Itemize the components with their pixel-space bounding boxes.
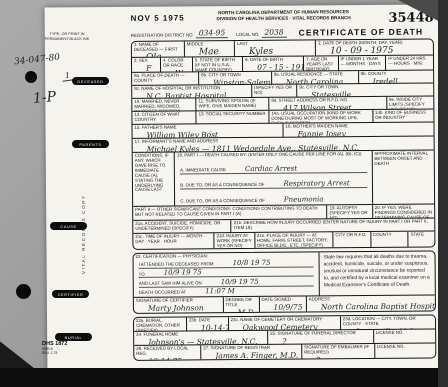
- certification-physician-line-2-value: 10/9 19 75: [207, 278, 259, 286]
- social-security-number-label: 13. SOCIAL SECURITY NUMBER: [199, 112, 267, 117]
- hole-punch-dot-top: [25, 71, 37, 83]
- mothers-maiden-name: 16. MOTHER'S MAIDEN NAMEFannie Josey: [282, 123, 433, 138]
- street-address: 9d. STREET ADDRESS OR R.F.D. NO.417 Wils…: [268, 97, 386, 111]
- header-bottom-row: REGISTRATION DISTRICT NO. 034-95 LOCAL N…: [131, 27, 434, 39]
- cause-side-note-label: CONDITIONS, IF ANY, WHICH GAVE RISE TO I…: [135, 154, 173, 194]
- form-row: 26. RECEIVED BY LOCAL REG.10-14-7527. SI…: [134, 344, 435, 360]
- tab-parents: PARENTS: [72, 140, 109, 148]
- part-one-death-caused-by: 18. PART I — DEATH CAUSED BY: (ENTER ONL…: [174, 151, 372, 207]
- approximate-interval: APPROXIMATE INTERVAL BETWEEN ONSET AND D…: [371, 151, 434, 205]
- certification-physician: 22. CERTIFICATION — PHYSICIAN:I ATTENDED…: [134, 252, 319, 297]
- part-one-death-caused-by-line-0-label: A. IMMEDIATE CAUSE: [180, 168, 226, 173]
- color-or-race-label: 4. COLOR OR RACE: [163, 58, 190, 68]
- signature-of-embalmer: SIGNATURE OF EMBALMER (IF REQUIRED)?: [301, 344, 374, 359]
- marital-status-label: 10. MARRIED, NEVER MARRIED, WIDOWED, DIV…: [134, 99, 193, 111]
- hospital-or-institution: 8c. NAME OF HOSPITAL OR INSTITUTIONN.C. …: [132, 85, 251, 99]
- part-one-death-caused-by-line-1-label: B. DUE TO, OR AS A CONSEQUENCE OF: [180, 183, 264, 189]
- form-section-2: 23a. BURIAL, CREMATION, OTHER (SPECIFY)B…: [133, 314, 436, 360]
- embalmer-license-no: LICENSE NO.: [374, 344, 436, 358]
- form-row: 21c. TIME OF INJURY — MONTH · DAY · YEAR…: [133, 232, 434, 249]
- certification-physician-line-1-value: 10/9 19 75: [150, 269, 202, 277]
- residence-county: 9b. COUNTYIredell: [358, 71, 434, 85]
- signature-of-embalmer-label: SIGNATURE OF EMBALMER (IF REQUIRED): [304, 345, 372, 355]
- tab-cause: CAUSE: [50, 222, 87, 230]
- hospital-yes-no-label: (SPECIFY YES OR NO): [254, 86, 294, 96]
- form-row: SIGNATURE OF CERTIFIERMarty JohnsonDEGRE…: [134, 296, 435, 313]
- accident-suicide-homicide: 21a. ACCIDENT, SUICIDE, HOMICIDE, OR UND…: [133, 220, 231, 234]
- age-under-1-year-label: IF UNDER 1 YEAR — MONTHS · DAYS: [341, 57, 384, 67]
- social-security-number: 13. SOCIAL SECURITY NUMBER: [196, 111, 269, 125]
- part-one-death-caused-by-line-2-value: Pneumonia: [270, 195, 324, 203]
- certificate-field-grid: 1. NAME OF DECEASED — FIRSTOlaMIDDLEMaeL…: [131, 39, 437, 364]
- tab-deceased: DECEASED: [72, 77, 109, 85]
- usual-occupation: 14a. USUAL OCCUPATION (KIND OF WORK DONE…: [268, 110, 372, 124]
- burial-cremation-other: 23a. BURIAL, CREMATION, OTHER (SPECIFY)B…: [134, 317, 186, 331]
- department-line2: DIVISION OF HEALTH SERVICES · VITAL RECO…: [185, 15, 383, 23]
- margin-mark-one-p: 1-P: [32, 89, 56, 107]
- deceased-middle-name-value: Mae: [187, 47, 232, 57]
- certification-physician-line-0-label: I ATTENDED THE DECEASED FROM: [139, 263, 214, 269]
- age-last-birthday-label: 7. AGE (IN YEARS LAST BIRTHDAY): [306, 57, 335, 71]
- form-row: 22. CERTIFICATION — PHYSICIAN:I ATTENDED…: [134, 252, 435, 298]
- form-section-1: 22. CERTIFICATION — PHYSICIAN:I ATTENDED…: [132, 250, 435, 313]
- burial-date: 23b. DATE10-14-75: [186, 317, 228, 331]
- form-section-0: 1. NAME OF DECEASED — FIRSTOlaMIDDLEMaeL…: [131, 39, 436, 250]
- part-one-death-caused-by-line-0: A. IMMEDIATE CAUSECardiac Arrest: [180, 157, 366, 174]
- citizen-of-country: 12. CITIZEN OF WHAT COUNTRYU.S.: [132, 111, 195, 124]
- injury-county-label: COUNTY: [373, 233, 406, 238]
- business-or-industry-label: 14b. KIND OF BUSINESS OR INDUSTRY: [375, 111, 431, 121]
- certification-physician-line-0-value: 10/8 19 75: [219, 259, 271, 267]
- certification-physician-line-3: DEATH OCCURRED AT11:07 M: [139, 286, 314, 296]
- medical-examiner-note: State law requires that all deaths due t…: [319, 252, 435, 297]
- embalmer-license-no-label: LICENSE NO.: [377, 345, 433, 350]
- fathers-name: 15. FATHER'S NAMEWilliam Wiley Bost: [132, 124, 282, 139]
- funeral-director-license-no: LICENSE NO.: [373, 330, 436, 344]
- funeral-director-license-no-label: LICENSE NO.: [376, 331, 433, 336]
- certificate-title: CERTIFICATE OF DEATH: [299, 27, 424, 38]
- autopsy-findings-considered-label: 20. IF YES, WERE FINDINGS CONSIDERED IN …: [375, 206, 433, 219]
- business-or-industry: 14b. KIND OF BUSINESS OR INDUSTRY: [372, 110, 434, 123]
- age-under-24-hours-label: IF UNDER 24 HRS — HOURS · MIN.: [388, 57, 431, 67]
- deceased-last-name-value: Kyles: [237, 46, 313, 57]
- age-under-24-hours: IF UNDER 24 HRS — HOURS · MIN.: [385, 56, 433, 71]
- signature-of-embalmer-value: ?: [304, 355, 372, 359]
- social-security-number-value: [199, 121, 267, 122]
- funeral-home: 24. FUNERAL HOMEJohnson's — Statesville,…: [134, 331, 267, 346]
- burial-cremation-other-label: 23a. BURIAL, CREMATION, OTHER (SPECIFY): [136, 318, 184, 331]
- part-one-death-caused-by-line-1: B. DUE TO, OR AS A CONSEQUENCE OFRespira…: [180, 173, 366, 190]
- cemetery-or-crematory: 23c. NAME OF CEMETERY OR CREMATORYOakwoo…: [228, 316, 340, 331]
- part-one-death-caused-by-line-1-value: Respiratory Arrest: [270, 179, 350, 188]
- received-by-local-registrar: 26. RECEIVED BY LOCAL REG.10-14-75: [134, 345, 200, 360]
- signature-of-registrar-value: James A. Finger, M.D.: [203, 350, 299, 359]
- scan-edge-right: [438, 0, 448, 387]
- certifier-address: ADDRESSNorth Carolina Baptist Hospital: [306, 296, 435, 312]
- state-of-birth-label: 5. STATE OF BIRTH (IF NOT IN U.S.A., NAM…: [195, 58, 241, 72]
- date-of-birth: 6. DATE OF BIRTH07 - 15 - 1917: [242, 57, 303, 72]
- part-two-other-conditions: PART II — OTHER SIGNIFICANT CONDITIONS: …: [133, 205, 327, 221]
- marital-status: 10. MARRIED, NEVER MARRIED, WIDOWED, DIV…: [132, 98, 195, 111]
- residence-state: 9a. USUAL RESIDENCE — STATENorth Carolin…: [271, 71, 358, 85]
- tab-certifier: CERTIFIER: [52, 290, 89, 298]
- death-certificate-paper: NOV 5 1975 NORTH CAROLINA DEPARTMENT OF …: [45, 4, 444, 373]
- injury-state: STATE: [408, 232, 435, 247]
- deceased-middle-name: MIDDLEMae: [184, 41, 234, 57]
- accident-suicide-homicide-label: 21a. ACCIDENT, SUICIDE, HOMICIDE, OR UND…: [135, 221, 229, 232]
- injury-city-rfd-label: CITY OR R.F.D.: [335, 233, 368, 238]
- received-by-local-registrar-value: 10-14-75: [136, 356, 198, 360]
- injury-state-label: STATE: [411, 233, 433, 238]
- form-row: CONDITIONS, IF ANY, WHICH GAVE RISE TO I…: [133, 151, 434, 207]
- certifier-degree: DEGREE OR TITLEM.D.: [222, 297, 258, 312]
- certification-physician-line-1-label: TO: [139, 272, 145, 277]
- time-of-injury-value: [135, 246, 211, 247]
- certifier-address-value: North Carolina Baptist Hospital: [309, 301, 433, 311]
- cause-side-note: CONDITIONS, IF ANY, WHICH GAVE RISE TO I…: [133, 153, 175, 207]
- surviving-spouse-label: 11. SURVIVING SPOUSE (IF WIFE, GIVE MAID…: [199, 99, 267, 109]
- deceased-last-name: LASTKyles: [234, 40, 315, 57]
- approximate-interval-label: APPROXIMATE INTERVAL BETWEEN ONSET AND D…: [374, 152, 432, 167]
- cemetery-location: 23d. LOCATION — CITY, TOWN, OR COUNTY · …: [340, 316, 435, 331]
- place-of-injury: 21e. PLACE OF INJURY — AT HOME, FARM, ST…: [254, 232, 333, 248]
- part-one-death-caused-by-line-0-value: Cardiac Arrest: [231, 164, 297, 173]
- signature-of-certifier-value: Marty Johnson: [136, 303, 221, 313]
- autopsy-label: 19. AUTOPSY (SPECIFY YES OR NO): [330, 206, 370, 219]
- place-of-death-county-label: 8a. PLACE OF DEATH — COUNTY: [134, 73, 196, 83]
- deceased-first-name: 1. NAME OF DECEASED — FIRSTOla: [132, 41, 184, 57]
- injury-county: COUNTY: [370, 232, 408, 247]
- vital-records-copy-label: VITAL RECORDS COPY: [81, 148, 86, 274]
- certification-physician-line-2-label: AND LAST SAW HIM ALIVE ON: [139, 281, 202, 286]
- signature-of-certifier: SIGNATURE OF CERTIFIERMarty Johnson: [134, 297, 223, 313]
- certification-physician-line-3-value: 11:07 M: [191, 287, 235, 295]
- state-of-birth: 5. STATE OF BIRTH (IF NOT IN U.S.A., NAM…: [192, 57, 243, 72]
- received-by-local-registrar-label: 26. RECEIVED BY LOCAL REG.: [136, 346, 198, 356]
- local-no-label: LOCAL NO.: [236, 33, 259, 38]
- hospital-yes-no: (SPECIFY YES OR NO)Yes: [251, 85, 296, 98]
- medical-examiner-note-text: State law requires that all deaths due t…: [322, 253, 433, 291]
- part-one-death-caused-by-line-2: C. DUE TO, OR AS A CONSEQUENCE OFPneumon…: [180, 188, 366, 204]
- color-or-race: 4. COLOR OR RACEW: [160, 57, 192, 72]
- age-under-1-year: IF UNDER 1 YEAR — MONTHS · DAYS: [338, 56, 386, 71]
- tab-burial: BURIAL: [55, 333, 92, 341]
- surviving-spouse: 11. SURVIVING SPOUSE (IF WIFE, GIVE MAID…: [196, 98, 269, 112]
- injury-at-work: 21d. INJURY AT WORK (SPECIFY YES OR NO): [214, 233, 254, 248]
- deceased-first-name-label: 1. NAME OF DECEASED — FIRST: [134, 42, 182, 52]
- header-top-row: NOV 5 1975 NORTH CAROLINA DEPARTMENT OF …: [131, 9, 434, 28]
- registration-district-value: 034-95: [196, 28, 228, 38]
- certifier-degree-label: DEGREE OR TITLE: [225, 298, 256, 308]
- signature-of-registrar: 27. SIGNATURE OF REGISTRARJames A. Finge…: [200, 345, 301, 360]
- scan-edge-bottom: [0, 368, 448, 387]
- place-of-injury-label: 21e. PLACE OF INJURY — AT HOME, FARM, ST…: [257, 233, 331, 248]
- registration-district-label: REGISTRATION DISTRICT NO.: [131, 33, 194, 38]
- scanned-document-background: NOV 5 1975 NORTH CAROLINA DEPARTMENT OF …: [0, 0, 448, 387]
- sex-value: F: [134, 64, 158, 73]
- autopsy: 19. AUTOPSY (SPECIFY YES OR NO): [327, 205, 372, 219]
- how-injury-occurred-label: 21b. DESCRIBE HOW INJURY OCCURRED (ENTER…: [234, 220, 433, 231]
- autopsy-findings-considered: 20. IF YES, WERE FINDINGS CONSIDERED IN …: [372, 205, 435, 219]
- time-of-injury: 21c. TIME OF INJURY — MONTH · DAY · YEAR…: [133, 233, 213, 249]
- hole-punch-dot-bottom: [16, 284, 31, 299]
- date-of-death: 2. DATE OF DEATH (MONTH, DAY, YEAR)10 - …: [315, 40, 433, 57]
- place-of-death-county: 8a. PLACE OF DEATH — COUNTYForsyth: [132, 72, 198, 86]
- form-number-sub2: REV. 1-75: [42, 351, 67, 355]
- certifier-degree-value: M.D.: [226, 308, 257, 312]
- place-of-death-city: 8b. CITY OR TOWNWinston-Salem: [198, 72, 271, 86]
- date-signed: DATE SIGNED10/9/75: [258, 297, 305, 312]
- received-date-stamp: NOV 5 1975: [131, 13, 185, 22]
- injury-at-work-label: 21d. INJURY AT WORK (SPECIFY YES OR NO): [217, 234, 252, 248]
- injury-city-rfd: CITY OR R.F.D.: [332, 232, 370, 247]
- usual-occupation-label: 14a. USUAL OCCUPATION (KIND OF WORK DONE…: [271, 111, 370, 124]
- sex: 3. SEXF: [132, 58, 160, 73]
- residence-city: 9c. CITY OR TOWNStatesville: [296, 84, 433, 98]
- time-of-injury-label: 21c. TIME OF INJURY — MONTH · DAY · YEAR…: [135, 234, 211, 244]
- signature-of-funeral-director: 25. SIGNATURE OF FUNERAL DIRECTOR?: [267, 330, 373, 345]
- part-two-other-conditions-label: PART II — OTHER SIGNIFICANT CONDITIONS: …: [135, 206, 324, 217]
- age-last-birthday: 7. AGE (IN YEARS LAST BIRTHDAY)58: [303, 56, 337, 71]
- inside-city-limits-label: 9e. INSIDE CITY LIMITS (SPECIFY YES OR N…: [389, 98, 431, 110]
- inside-city-limits: 9e. INSIDE CITY LIMITS (SPECIFY YES OR N…: [386, 97, 433, 110]
- local-no-value: 2038: [261, 28, 286, 38]
- type-or-print-note: TYPE, OR PRINT IN PERMANENT BLACK INK: [44, 32, 90, 41]
- date-signed-value: 10/9/75: [262, 302, 304, 311]
- certification-physician-line-3-label: DEATH OCCURRED AT: [139, 291, 186, 296]
- date-of-birth-value: 07 - 15 - 1917: [245, 62, 301, 71]
- part-one-death-caused-by-line-2-label: C. DUE TO, OR AS A CONSEQUENCE OF: [180, 199, 265, 205]
- citizen-of-country-label: 12. CITIZEN OF WHAT COUNTRY: [134, 112, 193, 122]
- certificate-header: NOV 5 1975 NORTH CAROLINA DEPARTMENT OF …: [131, 9, 434, 39]
- department-heading: NORTH CAROLINA DEPARTMENT OF HUMAN RESOU…: [185, 9, 383, 22]
- form-number-block: DHS 1872 VMR-8 REV. 1-75: [42, 341, 67, 356]
